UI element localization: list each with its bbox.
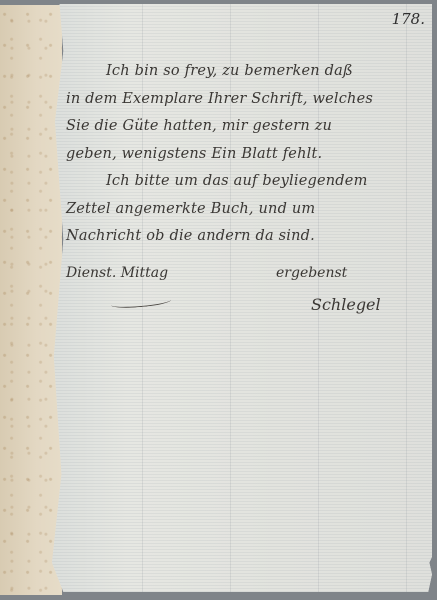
signature: Schlegel [311,295,381,314]
date-line: Dienst. Mittag [66,265,168,281]
letter-line: geben, wenigstens Ein Blatt fehlt. [66,141,426,169]
pen-flourish [111,295,172,309]
letter-body: Ich bin so frey, zu bemerken daß in dem … [66,58,426,251]
backing-paper-strip [0,5,62,595]
letter-line: Sie die Güte hatten, mir gestern zu [66,113,426,141]
letter-closing: Dienst. Mittag ergebenst Schlegel [66,265,426,325]
letter-line: Ich bitte um das auf beyliegendem [66,168,426,196]
letter-line: in dem Exemplare Ihrer Schrift, welches [66,86,426,114]
letter-line: Zettel angemerkte Buch, und um [66,196,426,224]
folio-number: 178. [392,10,425,28]
letter-line: Nachricht ob die andern da sind. [66,223,426,251]
closing-regards: ergebenst [276,265,347,281]
letter-line: Ich bin so frey, zu bemerken daß [66,58,426,86]
